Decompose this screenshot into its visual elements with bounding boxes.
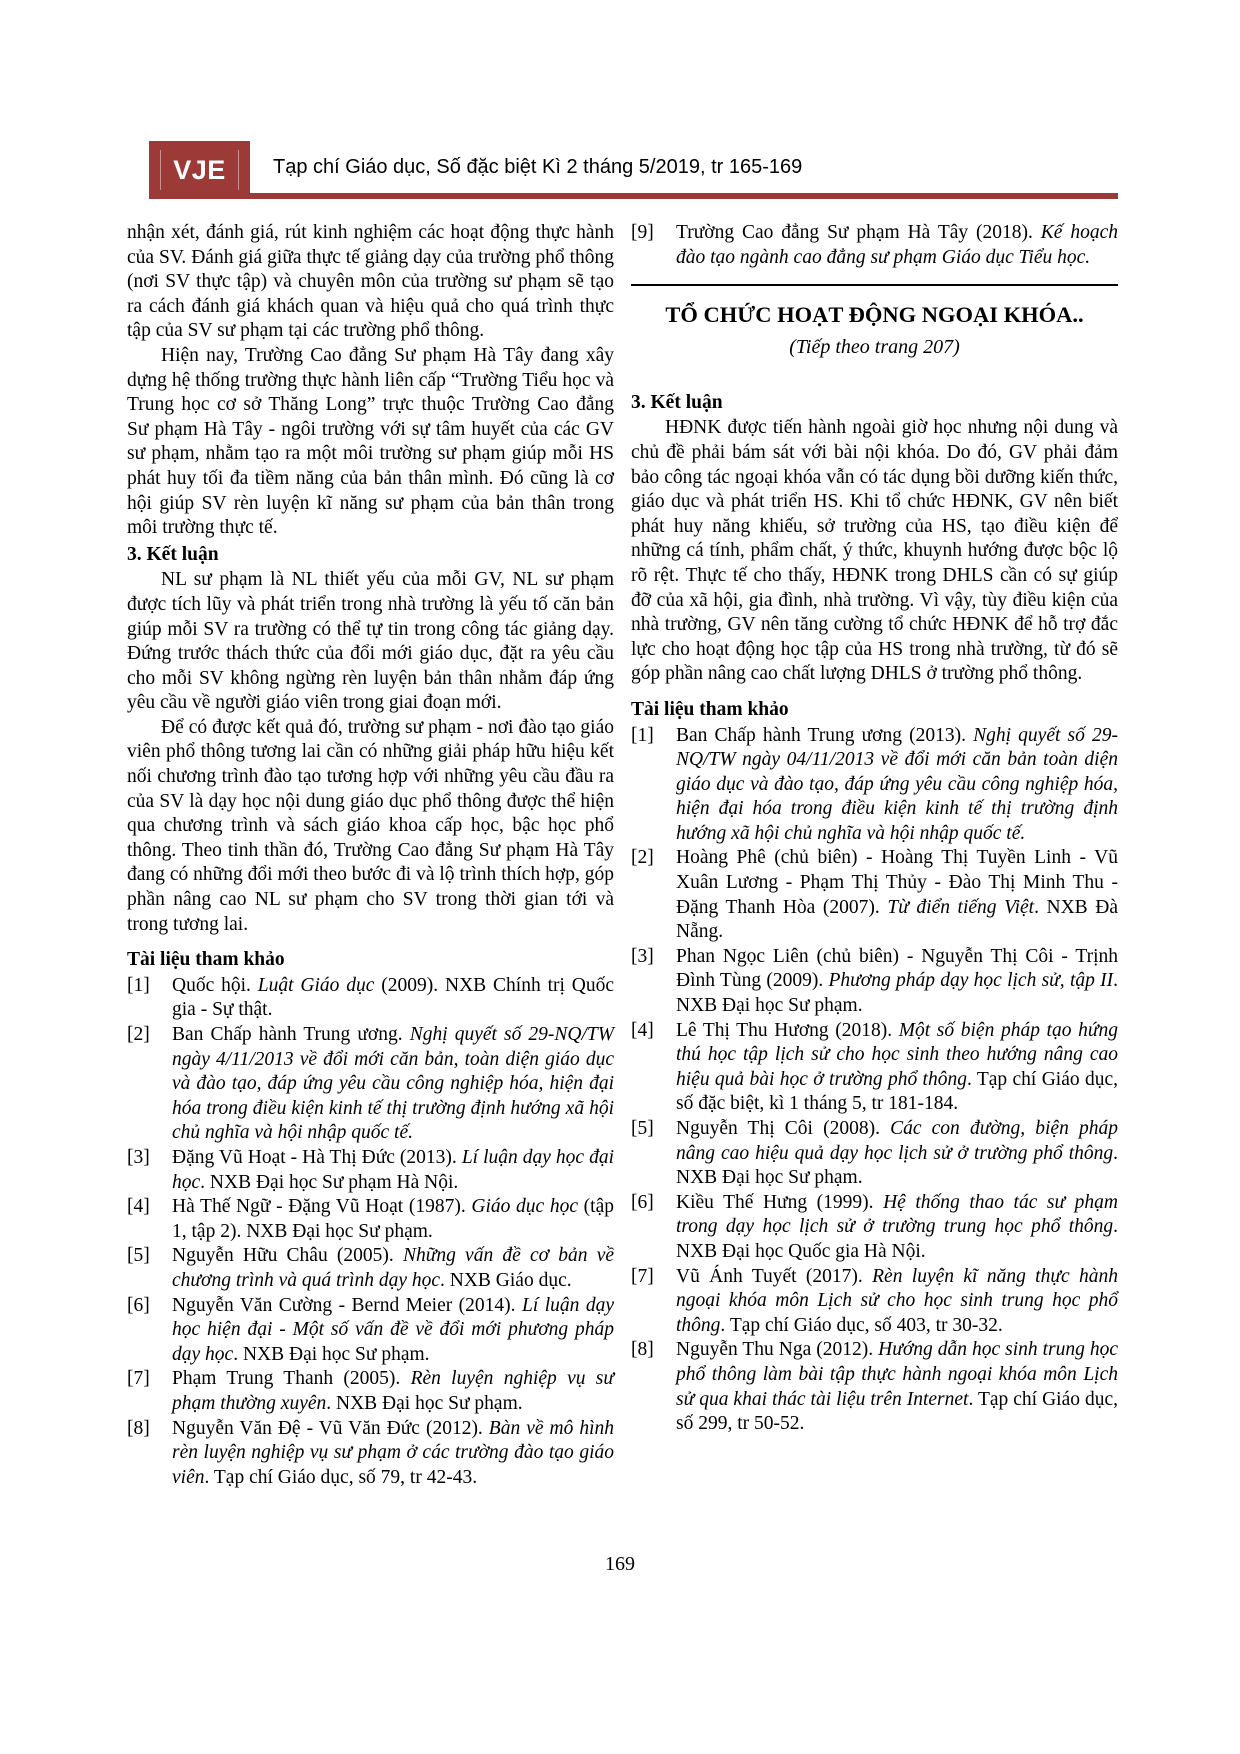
left-conclusion-heading: 3. Kết luận [127,543,614,568]
reference-number: [4] [127,1195,172,1244]
continued-article-title: TỔ CHỨC HOẠT ĐỘNG NGOẠI KHÓA.. [631,301,1118,329]
reference-number: [1] [127,974,172,1023]
reference-item: [5]Nguyễn Hữu Châu (2005). Những vấn đề … [127,1244,614,1293]
reference-text: Nguyễn Thu Nga (2012). Hướng dẫn học sin… [676,1338,1118,1436]
reference-number: [3] [631,945,676,1019]
reference-text: Phan Ngọc Liên (chủ biên) - Nguyễn Thị C… [676,945,1118,1019]
journal-logo-text: VJE [173,155,226,186]
right-conclusion-paragraphs: HĐNK được tiến hành ngoài giờ học nhưng … [631,416,1118,687]
reference-number: [7] [631,1265,676,1339]
article-divider-rule [631,284,1118,286]
journal-citation-line: Tạp chí Giáo dục, Số đặc biệt Kì 2 tháng… [273,156,802,179]
left-top-paragraphs: nhận xét, đánh giá, rút kinh nghiệm các … [127,221,614,541]
reference-item: [2]Ban Chấp hành Trung ương. Nghị quyết … [127,1023,614,1146]
page-number: 169 [605,1553,635,1575]
left-references-heading: Tài liệu tham khảo [127,948,614,973]
reference-item: [5]Nguyễn Thị Côi (2008). Các con đường,… [631,1117,1118,1191]
reference-number: [2] [127,1023,172,1146]
left-conclusion-paragraphs: NL sư phạm là NL thiết yếu của mỗi GV, N… [127,568,614,937]
reference-number: [8] [127,1417,172,1491]
reference-item: [7]Vũ Ánh Tuyết (2017). Rèn luyện kĩ năn… [631,1265,1118,1339]
right-column: [9]Trường Cao đẳng Sư phạm Hà Tây (2018)… [631,221,1118,1490]
reference-text: Phạm Trung Thanh (2005). Rèn luyện nghiệ… [172,1367,614,1416]
right-conclusion-heading: 3. Kết luận [631,391,1118,416]
reference-text: Hà Thế Ngữ - Đặng Vũ Hoạt (1987). Giáo d… [172,1195,614,1244]
reference-text: Hoàng Phê (chủ biên) - Hoàng Thị Tuyền L… [676,846,1118,944]
reference-number: [2] [631,846,676,944]
reference-number: [3] [127,1146,172,1195]
reference-number: [7] [127,1367,172,1416]
reference-number: [5] [631,1117,676,1191]
paragraph: nhận xét, đánh giá, rút kinh nghiệm các … [127,221,614,344]
reference-item: [4]Lê Thị Thu Hương (2018). Một số biện … [631,1019,1118,1117]
carryover-references-list: [9]Trường Cao đẳng Sư phạm Hà Tây (2018)… [631,221,1118,270]
reference-item: [6]Nguyễn Văn Cường - Bernd Meier (2014)… [127,1294,614,1368]
paragraph: Để có được kết quả đó, trường sư phạm - … [127,716,614,937]
reference-text: Nguyễn Thị Côi (2008). Các con đường, bi… [676,1117,1118,1191]
paragraph: Hiện nay, Trường Cao đẳng Sư phạm Hà Tây… [127,344,614,541]
reference-text: Trường Cao đẳng Sư phạm Hà Tây (2018). K… [676,221,1118,270]
page-footer: 169 [0,1552,1240,1576]
reference-item: [2]Hoàng Phê (chủ biên) - Hoàng Thị Tuyề… [631,846,1118,944]
reference-item: [8]Nguyễn Thu Nga (2012). Hướng dẫn học … [631,1338,1118,1436]
left-references-list: [1]Quốc hội. Luật Giáo dục (2009). NXB C… [127,974,614,1490]
left-column: nhận xét, đánh giá, rút kinh nghiệm các … [127,221,614,1490]
reference-number: [6] [631,1191,676,1265]
reference-text: Nguyễn Hữu Châu (2005). Những vấn đề cơ … [172,1244,614,1293]
reference-item: [6]Kiều Thế Hưng (1999). Hệ thống thao t… [631,1191,1118,1265]
reference-item: [1]Ban Chấp hành Trung ương (2013). Nghị… [631,724,1118,847]
reference-number: [9] [631,221,676,270]
page-header: VJE Tạp chí Giáo dục, Số đặc biệt Kì 2 t… [127,141,1118,205]
reference-number: [6] [127,1294,172,1368]
reference-item: [1]Quốc hội. Luật Giáo dục (2009). NXB C… [127,974,614,1023]
reference-text: Nguyễn Văn Đệ - Vũ Văn Đức (2012). Bàn v… [172,1417,614,1491]
reference-text: Ban Chấp hành Trung ương. Nghị quyết số … [172,1023,614,1146]
reference-number: [1] [631,724,676,847]
journal-logo: VJE [149,141,250,199]
paragraph: NL sư phạm là NL thiết yếu của mỗi GV, N… [127,568,614,716]
reference-text: Đặng Vũ Hoạt - Hà Thị Đức (2013). Lí luậ… [172,1146,614,1195]
reference-item: [3]Phan Ngọc Liên (chủ biên) - Nguyễn Th… [631,945,1118,1019]
continued-article-subtitle: (Tiếp theo trang 207) [631,335,1118,360]
reference-text: Nguyễn Văn Cường - Bernd Meier (2014). L… [172,1294,614,1368]
two-column-body: nhận xét, đánh giá, rút kinh nghiệm các … [127,221,1118,1490]
reference-number: [5] [127,1244,172,1293]
reference-item: [4]Hà Thế Ngữ - Đặng Vũ Hoạt (1987). Giá… [127,1195,614,1244]
reference-number: [8] [631,1338,676,1436]
reference-item: [9]Trường Cao đẳng Sư phạm Hà Tây (2018)… [631,221,1118,270]
reference-number: [4] [631,1019,676,1117]
right-references-heading: Tài liệu tham khảo [631,698,1118,723]
reference-item: [8]Nguyễn Văn Đệ - Vũ Văn Đức (2012). Bà… [127,1417,614,1491]
right-references-list: [1]Ban Chấp hành Trung ương (2013). Nghị… [631,724,1118,1437]
reference-item: [3]Đặng Vũ Hoạt - Hà Thị Đức (2013). Lí … [127,1146,614,1195]
reference-text: Ban Chấp hành Trung ương (2013). Nghị qu… [676,724,1118,847]
reference-text: Lê Thị Thu Hương (2018). Một số biện phá… [676,1019,1118,1117]
reference-text: Kiều Thế Hưng (1999). Hệ thống thao tác … [676,1191,1118,1265]
journal-page: VJE Tạp chí Giáo dục, Số đặc biệt Kì 2 t… [0,0,1240,1754]
paragraph: HĐNK được tiến hành ngoài giờ học nhưng … [631,416,1118,687]
header-rule [155,193,1118,199]
reference-item: [7]Phạm Trung Thanh (2005). Rèn luyện ng… [127,1367,614,1416]
reference-text: Quốc hội. Luật Giáo dục (2009). NXB Chín… [172,974,614,1023]
reference-text: Vũ Ánh Tuyết (2017). Rèn luyện kĩ năng t… [676,1265,1118,1339]
